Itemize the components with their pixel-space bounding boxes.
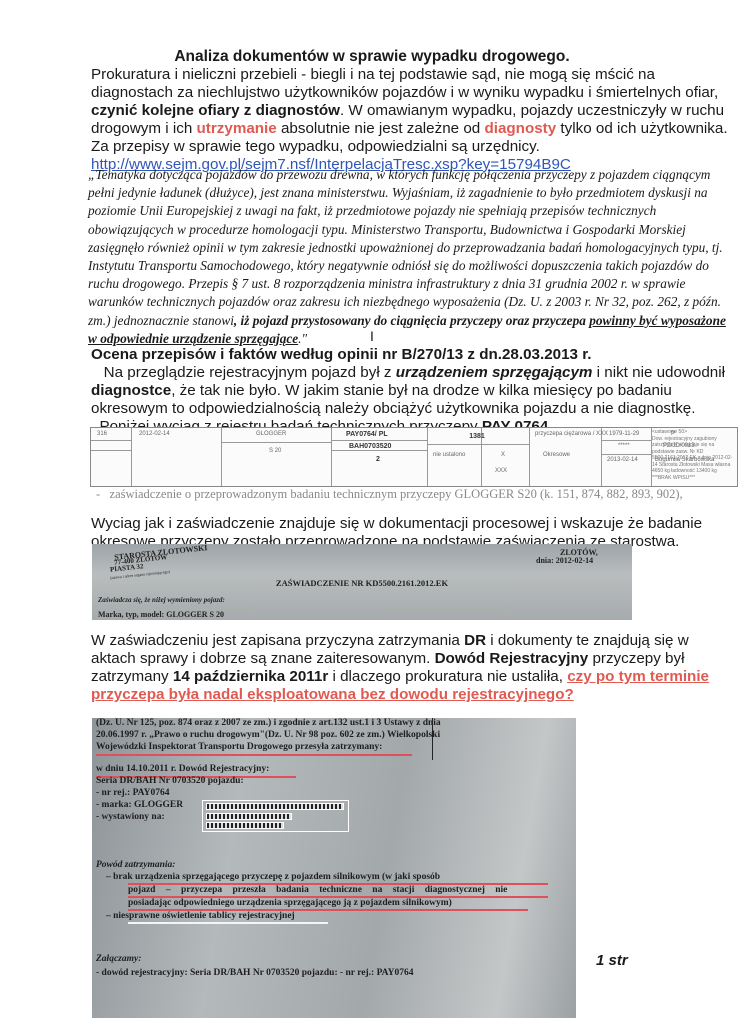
certificate-line: Marka, typ, model: GLOGGER S 20 [98, 610, 224, 619]
register-date-1: 1979-11-29 [609, 431, 639, 437]
retention-line: Wojewódzki Inspektorat Transportu Drogow… [96, 742, 382, 752]
register-notes: <ustawowe 50> Dow. rejestracyjny zagubio… [652, 429, 736, 484]
bold-italic-text: urządzeniem sprzęgającym [396, 364, 593, 381]
text: W zaświadczeniu jest zapisana przyczyna … [91, 632, 460, 649]
retention-line: - marka: GLOGGER [96, 800, 183, 810]
register-period: Okresowe [543, 452, 570, 458]
intro-text: absolutnie nie jest zależne od [281, 120, 480, 137]
retention-line: (Dz. U. Nr 125, poz. 874 oraz z 2007 ze … [96, 718, 441, 728]
quote-bold: , iż pojazd przystosowany do ciągnięcia … [234, 313, 589, 328]
retention-line: w dniu 14.10.2011 r. Dowód Rejestracyjny… [96, 764, 269, 774]
retention-line: - wystawiony na: [96, 812, 165, 822]
section-heading: Ocena przepisów i faktów według opinii n… [91, 346, 731, 364]
retention-line: pojazd – przyczepa przeszła badania tech… [128, 885, 507, 895]
quote-text: „Tematyka dotycząca pojazdów do przewozu… [88, 167, 723, 328]
certificate-line: Zaświadcza się, że niżej wymieniony poja… [98, 596, 225, 604]
bold-text: Dowód Rejestracyjny [435, 650, 589, 667]
register-purpose: przyczepa ciężarowa / XXX [535, 431, 608, 437]
section-opinion: Ocena przepisów i faktów według opinii n… [91, 346, 731, 436]
document-title: Analiza dokumentów w sprawie wypadku dro… [0, 48, 744, 66]
register-date-2: ***** [618, 443, 630, 449]
register-xxx: XXX [495, 468, 507, 474]
register-note: ***BRAK WPISU*** [652, 475, 736, 482]
text: i dlaczego prokuratura nie ustaliła, [332, 668, 562, 685]
highlight-diagnosty: diagnosty [484, 120, 556, 137]
retention-scan: (Dz. U. Nr 125, poz. 874 oraz z 2007 ze … [92, 718, 576, 1018]
retention-line: - dowód rejestracyjny: Seria DR/BAH Nr 0… [96, 968, 414, 978]
bold-text: diagnostce [91, 382, 171, 399]
register-plate: PAY0764/ PL [346, 431, 388, 438]
certificate-title: ZAŚWIADCZENIE NR KD5500.2161.2012.EK [92, 578, 632, 588]
intro-text: Prokuratura i nieliczni przebieli - bieg… [91, 66, 718, 101]
register-status: nie ustalono [433, 452, 465, 458]
section-paragraph-1: Na przeglądzie rejestracyjnym pojazd był… [91, 364, 731, 418]
retention-line: Powód zatrzymania: [96, 860, 175, 870]
register-axles: 2 [376, 456, 380, 463]
register-weight: 1381 [426, 433, 528, 440]
retention-line: 20.06.1997 r. „Prawo o ruchu drogowym"(D… [96, 730, 440, 740]
register-x: X [501, 452, 505, 458]
text: , że tak nie było. W jakim stanie był na… [91, 382, 695, 417]
text: i nikt nie udowodnił [597, 364, 725, 381]
register-footer-text: zaświadczenie o przeprowadzonym badaniu … [110, 487, 683, 501]
bold-date: 14 października 2011r [173, 668, 328, 685]
redacted-name [202, 800, 349, 832]
retention-line: – niesprawne oświetlenie tablicy rejestr… [106, 911, 295, 921]
register-extract-scan: 316 2012-02-14 GLOGGER S 20 PAY0764/ PL … [90, 427, 738, 487]
intro-paragraph: Prokuratura i nieliczni przebieli - bieg… [91, 66, 731, 174]
retention-line: – brak urządzenia sprzęgającego przyczep… [106, 872, 440, 882]
register-date: 2012-02-14 [139, 431, 170, 437]
retention-line: posiadając odpowiedniego urządzenia sprz… [128, 898, 452, 908]
certificate-scan: STAROSTA ZLOTOWSKI 77-400 ZLOTOW PIASTA … [92, 544, 632, 620]
ministry-quote: „Tematyka dotycząca pojazdów do przewozu… [88, 166, 728, 348]
register-model: S 20 [269, 448, 281, 454]
highlight-utrzymanie: utrzymanie [197, 120, 277, 137]
intro-bold: czynić kolejne ofiary z diagnostów [91, 102, 340, 119]
register-document: BAH0703520 [349, 443, 391, 450]
paragraph-retention: W zaświadczeniu jest zapisana przyczyna … [91, 632, 731, 704]
page-number: 1 str [596, 952, 628, 969]
section-marker: I [0, 328, 744, 344]
text: Na przeglądzie rejestracyjnym pojazd był… [104, 364, 392, 381]
register-date-3: 2013-02-14 [607, 457, 638, 463]
certificate-date: dnia: 2012-02-14 [536, 556, 593, 565]
retention-line: Seria DR/BAH Nr 0703520 pojazdu: [96, 776, 244, 786]
retention-line: - nr rej.: PAY0764 [96, 788, 170, 798]
register-make: GLOGGER [256, 431, 286, 437]
register-note: Dow. rejestracyjny zagubiony zatrzymany … [652, 436, 736, 475]
bold-text: DR [464, 632, 486, 649]
register-footer: - zaświadczenie o przeprowadzonym badani… [96, 486, 726, 502]
retention-line: Załączamy: [96, 954, 141, 964]
register-no: 316 [97, 431, 107, 437]
